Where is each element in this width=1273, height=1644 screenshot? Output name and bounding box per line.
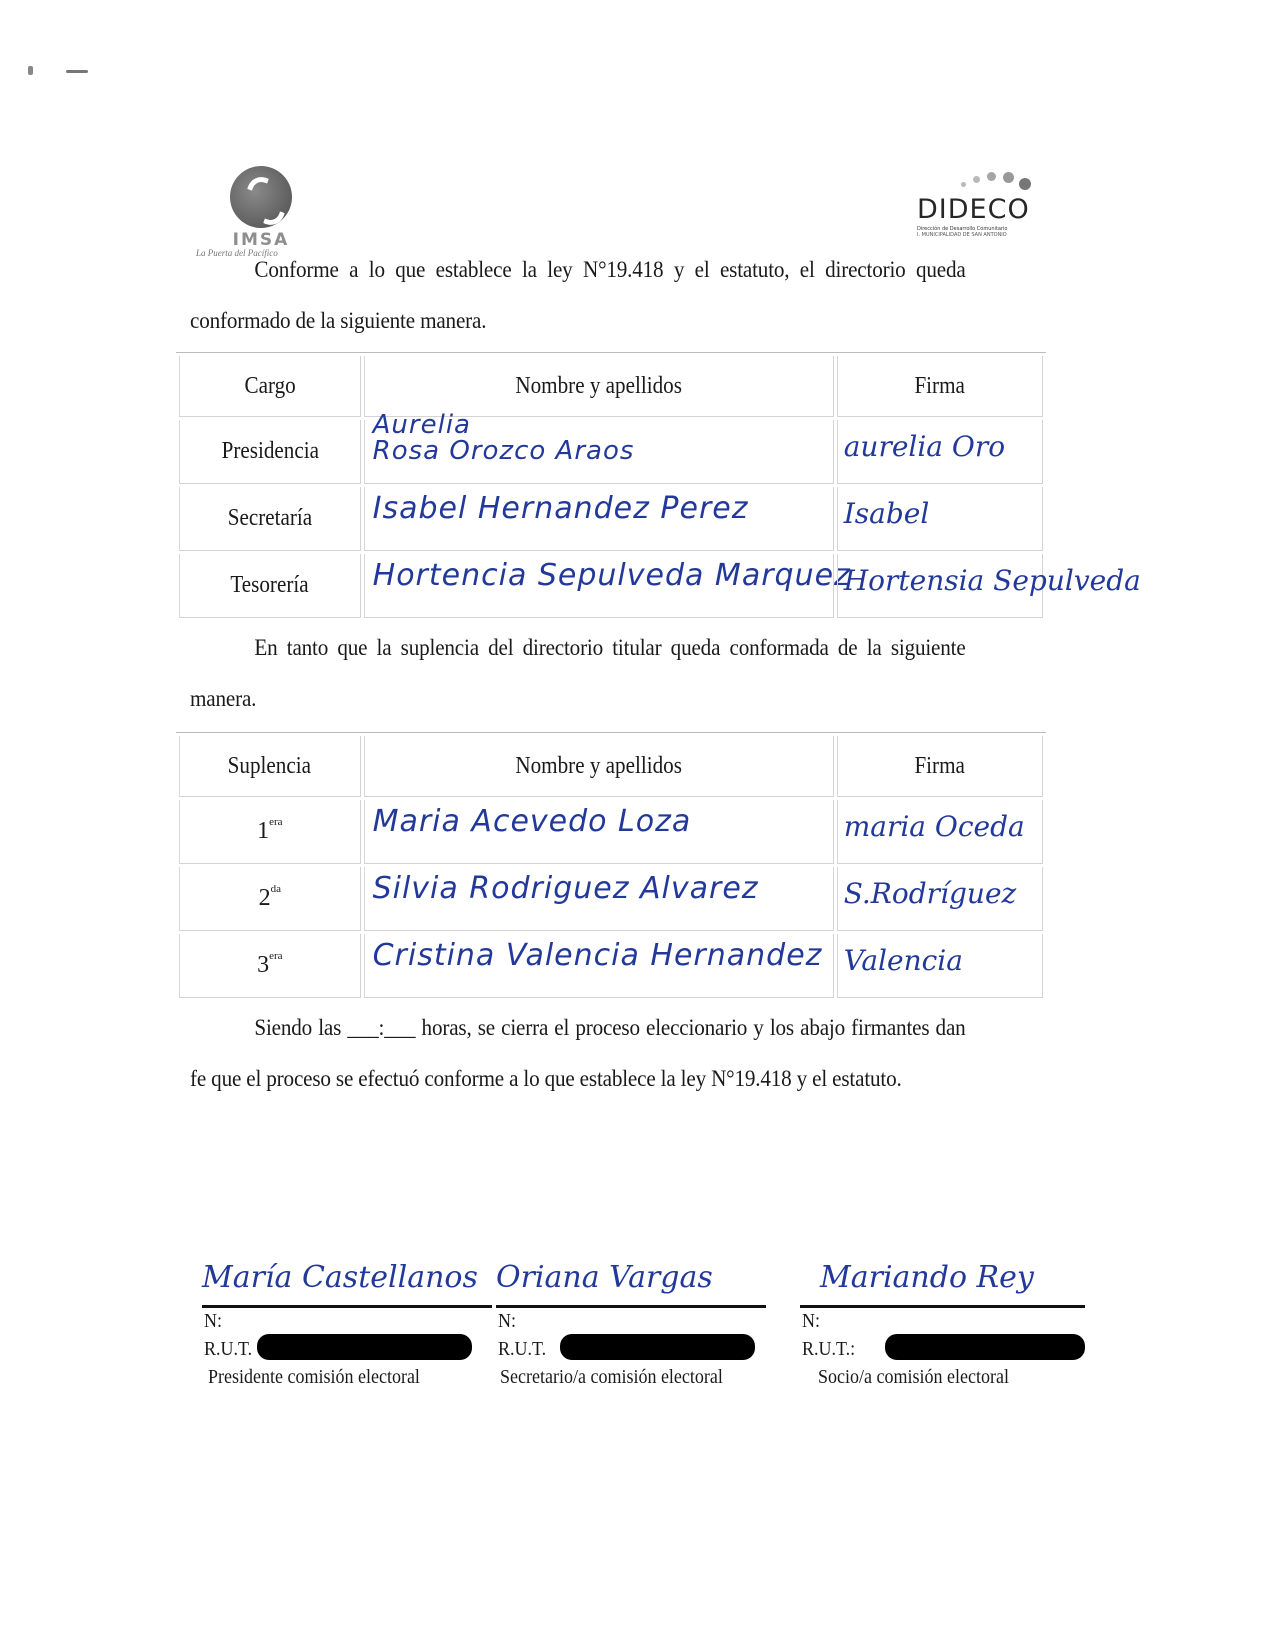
header-suplencia: Suplencia — [179, 736, 361, 797]
cargo-cell: Secretaría — [179, 487, 361, 551]
closing-paragraph: Siendo las ___:___ horas, se cierra el p… — [190, 1002, 966, 1104]
handwritten-name: Isabel Hernandez Perez — [373, 491, 749, 526]
scan-speck — [28, 66, 33, 75]
directorio-table: Cargo Nombre y apellidos Firma Presidenc… — [176, 352, 1046, 621]
dideco-subtitle-2: I. MUNICIPALIDAD DE SAN ANTONIO — [917, 232, 1007, 238]
signature: Isabel — [844, 497, 930, 530]
firma-cell: aurelia Oro — [837, 420, 1043, 484]
scan-speck — [66, 70, 88, 73]
handwritten-name: Maria Acevedo Loza — [373, 804, 692, 839]
n-label: N: — [498, 1310, 516, 1333]
dideco-name: DIDECO — [917, 194, 1030, 225]
n-label: N: — [802, 1310, 820, 1333]
suplencia-number-cell: 1era — [179, 800, 361, 864]
dideco-logo: DIDECO Dirección de Desarrollo Comunitar… — [915, 168, 1045, 248]
table-row: 1era Maria Acevedo Loza maria Oceda — [179, 800, 1043, 864]
firma-cell: Isabel — [837, 487, 1043, 551]
role-label: Presidente comisión electoral — [208, 1366, 420, 1389]
signature-line — [202, 1305, 492, 1308]
header-nombre: Nombre y apellidos — [364, 356, 834, 417]
imsa-emblem-icon — [230, 166, 292, 228]
firma-cell: Valencia — [837, 934, 1043, 998]
signature: Mariando Rey — [820, 1260, 1034, 1295]
signature-line — [800, 1305, 1085, 1308]
header-firma: Firma — [837, 736, 1043, 797]
handwritten-name: Cristina Valencia Hernandez — [373, 938, 823, 973]
signature: aurelia Oro — [844, 430, 1005, 463]
signature: S.Rodríguez — [844, 877, 1017, 910]
nombre-cell: Maria Acevedo Loza — [364, 800, 834, 864]
firma-cell: maria Oceda — [837, 800, 1043, 864]
handwritten-name: Aurelia Rosa Orozco Araos — [373, 412, 635, 464]
nombre-cell: Hortencia Sepulveda Marquez — [364, 554, 834, 618]
nombre-cell: Aurelia Rosa Orozco Araos — [364, 420, 834, 484]
header-cargo: Cargo — [179, 356, 361, 417]
nombre-cell: Silvia Rodriguez Alvarez — [364, 867, 834, 931]
suplencia-number-cell: 2da — [179, 867, 361, 931]
cargo-cell: Presidencia — [179, 420, 361, 484]
suplencia-number-cell: 3era — [179, 934, 361, 998]
handwritten-name: Silvia Rodriguez Alvarez — [373, 871, 759, 906]
time-blank: ___:___ — [347, 1015, 415, 1040]
table-header-row: Suplencia Nombre y apellidos Firma — [179, 736, 1043, 797]
redacted-rut — [257, 1334, 472, 1360]
signature: María Castellanos — [202, 1260, 478, 1295]
role-label: Socio/a comisión electoral — [818, 1366, 1009, 1389]
signature: Valencia — [844, 944, 963, 977]
table-row: Presidencia Aurelia Rosa Orozco Araos au… — [179, 420, 1043, 484]
rut-label: R.U.T. — [498, 1338, 546, 1361]
header-firma: Firma — [837, 356, 1043, 417]
nombre-cell: Cristina Valencia Hernandez — [364, 934, 834, 998]
table-row: Secretaría Isabel Hernandez Perez Isabel — [179, 487, 1043, 551]
table-header-row: Cargo Nombre y apellidos Firma — [179, 356, 1043, 417]
firma-cell: S.Rodríguez — [837, 867, 1043, 931]
cargo-cell: Tesorería — [179, 554, 361, 618]
header-nombre: Nombre y apellidos — [364, 736, 834, 797]
n-label: N: — [204, 1310, 222, 1333]
signature: maria Oceda — [844, 810, 1025, 843]
signature: Oriana Vargas — [496, 1260, 713, 1295]
firma-cell: Hortensia Sepulveda — [837, 554, 1043, 618]
table-row: 3era Cristina Valencia Hernandez Valenci… — [179, 934, 1043, 998]
intro-paragraph: Conforme a lo que establece la ley N°19.… — [190, 244, 966, 346]
role-label: Secretario/a comisión electoral — [500, 1366, 723, 1389]
redacted-rut — [885, 1334, 1085, 1360]
handwritten-name: Hortencia Sepulveda Marquez — [373, 558, 851, 593]
table-row: Tesorería Hortencia Sepulveda Marquez Ho… — [179, 554, 1043, 618]
signature-line — [496, 1305, 766, 1308]
suplencia-table: Suplencia Nombre y apellidos Firma 1era … — [176, 732, 1046, 1001]
imsa-logo: Ilustre Municipalidad de San Antonio IMS… — [196, 158, 326, 258]
rut-label: R.U.T.: — [802, 1338, 855, 1361]
rut-label: R.U.T. — [204, 1338, 252, 1361]
signature: Hortensia Sepulveda — [844, 564, 1141, 597]
nombre-cell: Isabel Hernandez Perez — [364, 487, 834, 551]
table-row: 2da Silvia Rodriguez Alvarez S.Rodríguez — [179, 867, 1043, 931]
suplencia-paragraph: En tanto que la suplencia del directorio… — [190, 622, 966, 724]
redacted-rut — [560, 1334, 755, 1360]
